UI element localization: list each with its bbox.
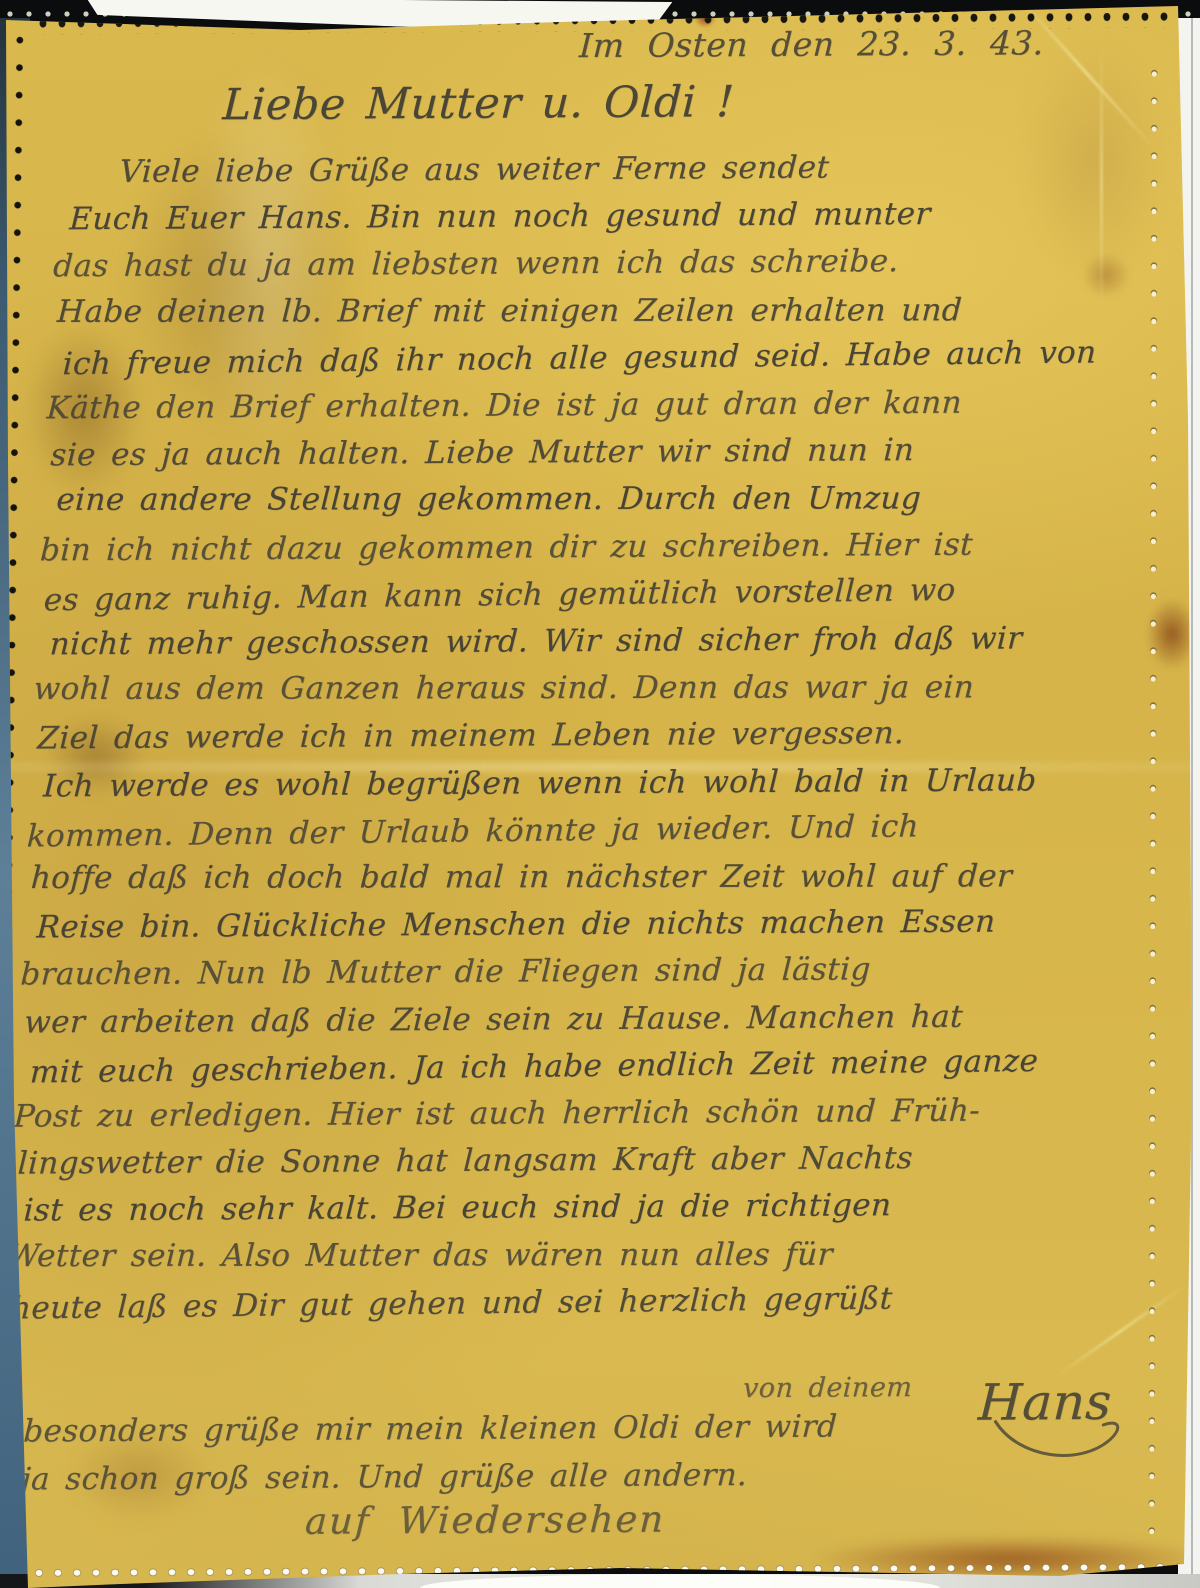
handwritten-line: ist es noch sehr kalt. Bei euch sind ja … <box>22 1181 1136 1235</box>
handwritten-line: wohl aus dem Ganzen heraus sind. Denn da… <box>32 664 1160 713</box>
handwritten-line: hoffe daß ich doch bald mal in nächster … <box>30 853 1152 902</box>
handwritten-line: kommen. Denn der Urlaub könnte ja wieder… <box>26 801 1154 861</box>
handwritten-line: ja schon groß sein. Und grüße alle ander… <box>20 1451 836 1504</box>
signature-flourish <box>990 1415 1142 1462</box>
handwritten-line: Post zu erledigen. Hier ist auch herrlic… <box>13 1087 1141 1141</box>
dateline: Im Osten den 23. 3. 43. <box>578 23 1044 65</box>
letter-card-paper: Im Osten den 23. 3. 43. Liebe Mutter u. … <box>0 0 1200 1588</box>
handwriting-layer: Im Osten den 23. 3. 43. Liebe Mutter u. … <box>0 0 1200 1588</box>
letter-body: Viele liebe Grüße aus weiter Ferne sende… <box>10 142 1185 1329</box>
handwritten-line: das hast du ja am liebsten wenn ich das … <box>52 237 1180 291</box>
handwritten-line: Käthe den Brief erhalten. Die ist ja gut… <box>46 379 1174 433</box>
postscript: besonders grüße mir mein kleinen Oldi de… <box>20 1403 838 1504</box>
handwritten-line: Habe deinen lb. Brief mit einigen Zeilen… <box>56 287 1178 336</box>
scanned-letter: Im Osten den 23. 3. 43. Liebe Mutter u. … <box>0 0 1200 1588</box>
handwritten-line: nicht mehr geschossen wird. Wir sind sic… <box>49 615 1163 669</box>
handwritten-line: besonders grüße mir mein kleinen Oldi de… <box>22 1403 838 1456</box>
handwritten-line: eine andere Stellung gekommen. Durch den… <box>55 475 1169 524</box>
scanner-edge-line <box>1191 0 1193 1588</box>
handwritten-line: lingswetter die Sonne hat langsam Kraft … <box>17 1134 1139 1188</box>
handwritten-line: Reise bin. Glückliche Menschen die nicht… <box>36 898 1150 952</box>
handwritten-line: heute laß es Dir gut gehen und sei herzl… <box>10 1273 1132 1333</box>
handwritten-line: Euch Euer Hans. Bin nun noch gesund und … <box>68 190 1182 244</box>
salutation: Liebe Mutter u. Oldi ! <box>221 77 735 130</box>
valediction: von deinem <box>742 1372 913 1404</box>
farewell: auf Wiedersehen <box>304 1498 666 1543</box>
handwritten-line: Wetter sein. Also Mutter das wären nun a… <box>6 1231 1134 1280</box>
handwritten-line: Ziel das werde ich in meinem Leben nie v… <box>36 709 1158 763</box>
handwritten-line: brauchen. Nun lb Mutter die Fliegen sind… <box>19 945 1147 999</box>
handwritten-line: sie es ja auch halten. Liebe Mutter wir … <box>49 426 1171 480</box>
handwritten-line: Viele liebe Grüße aus weiter Ferne sende… <box>118 142 1184 196</box>
